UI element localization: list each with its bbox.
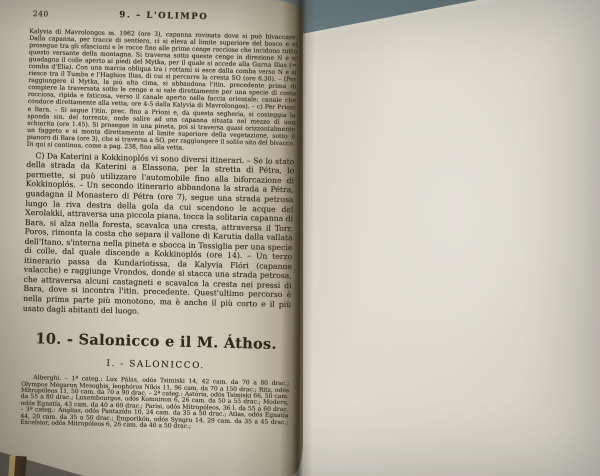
right-page-blank bbox=[290, 0, 600, 476]
book-gutter-shadow bbox=[280, 0, 315, 476]
page-number: 240 bbox=[33, 9, 49, 18]
book-photo: 240 9. – L'OLIMPO Kalyvia di Mavrolongos… bbox=[0, 0, 600, 476]
chapter-heading: 10. - Salonicco e il M. Áthos. bbox=[22, 330, 290, 353]
page-top-edge-highlight bbox=[292, 0, 497, 41]
section-heading: I. - SALONICCO. bbox=[22, 357, 290, 373]
page-header: 240 9. – L'OLIMPO bbox=[30, 8, 298, 26]
corner-object bbox=[8, 455, 26, 476]
itinerary-fine-print-paragraph: Kalyvia di Mavrolongos m. 1962 (ore 3), … bbox=[27, 28, 298, 154]
hotels-fine-print-paragraph: Alberghi. – 1ª categ.: Lux Pálas, odós T… bbox=[20, 375, 289, 433]
itinerary-paragraph: C) Da Katerini a Kokkinoplós vi sono div… bbox=[23, 151, 295, 320]
left-page-content: 240 9. – L'OLIMPO Kalyvia di Mavrolongos… bbox=[20, 8, 298, 433]
running-header: 9. – L'OLIMPO bbox=[30, 8, 298, 24]
left-page: 240 9. – L'OLIMPO Kalyvia di Mavrolongos… bbox=[0, 0, 303, 476]
